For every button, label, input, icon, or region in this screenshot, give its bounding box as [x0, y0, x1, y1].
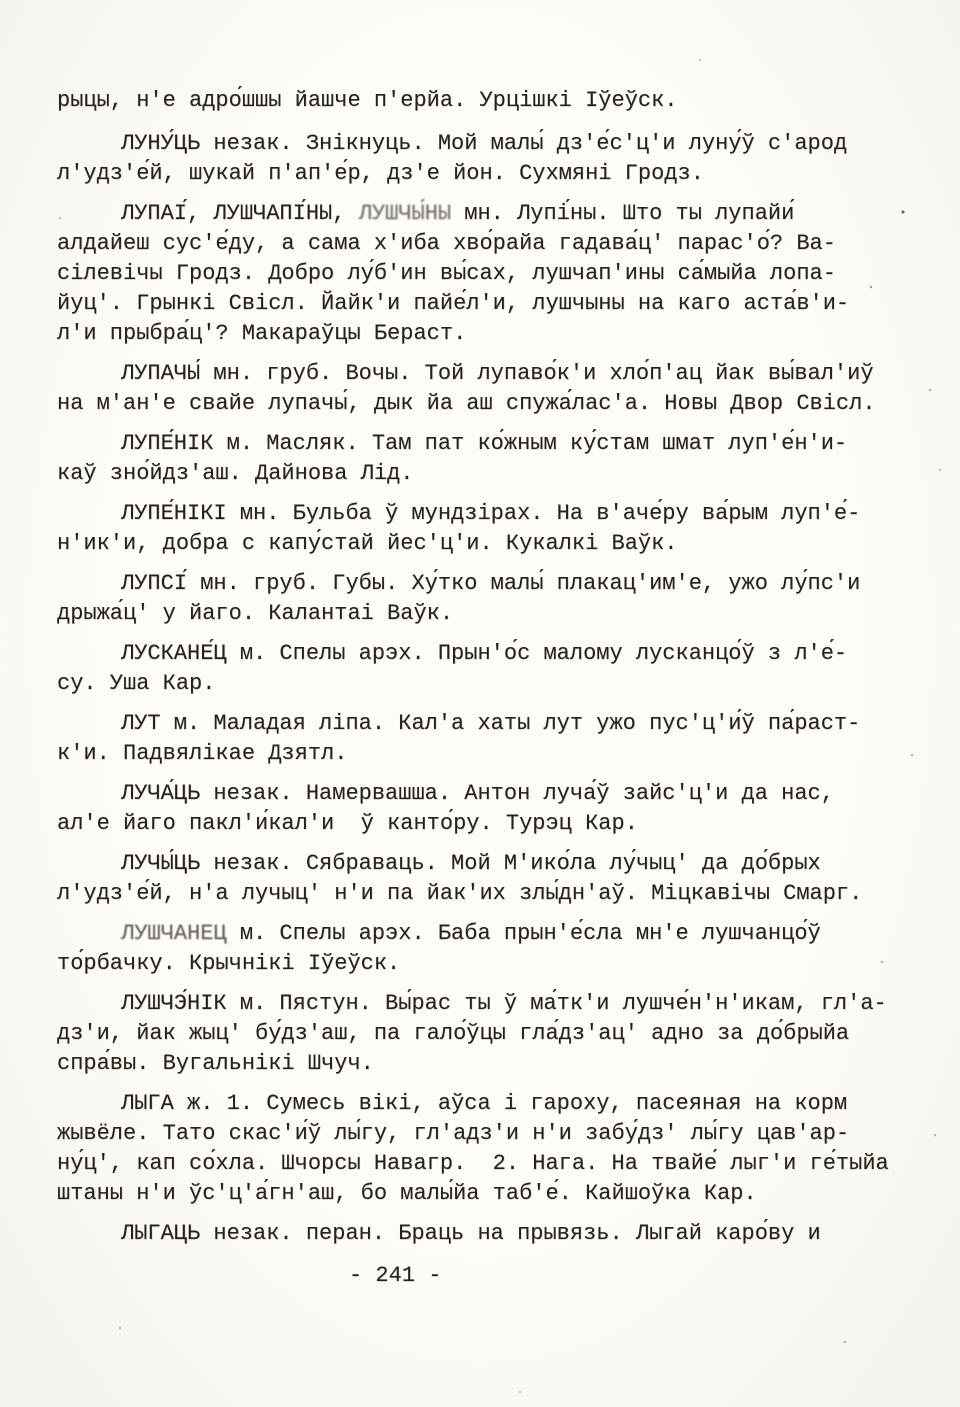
entry-headword: ЛУПАІ́, ЛУШЧАПІ́НЫ, [121, 201, 359, 226]
scanned-dictionary-page: рыцы, н'е адро́шшы йашче п'ерйа. Урцішкі… [0, 0, 960, 1407]
entry-headword-smudged: ЛУШЧЫ́НЫ [359, 201, 451, 226]
entry-lupienik: ЛУПЕ́НІК м. Масляк. Там пат ко́жным ку́с… [57, 429, 920, 489]
entry-headword: ЛЫГА [121, 1091, 174, 1116]
entry-luskanets: ЛУСКАНЕ́Ц м. Спелы арэх. Прын'о́с малому… [57, 639, 920, 699]
entry-lunuts: ЛУНУ́ЦЬ незак. Знікнуць. Мой малы́ дз'е́… [57, 129, 920, 189]
entry-headword: ЛУПЕ́НІКІ [121, 501, 227, 526]
entry-headword: ЛУСКАНЕ́Ц [121, 641, 227, 666]
entry-body: незак. перан. Браць на прывязь. Лыгай ка… [200, 1221, 821, 1246]
entry-headword: ЛУПАЧЫ́ [121, 361, 200, 386]
entry-lushchanets: ЛУШЧАНЕЦ м. Спелы арэх. Баба прын'е́сла … [57, 919, 920, 979]
entry-lupsi: ЛУПСІ́ мн. груб. Губы. Ху́тко малы́ плак… [57, 569, 920, 629]
entry-headword: ЛЫГАЦЬ [121, 1221, 200, 1246]
continuation-paragraph: рыцы, н'е адро́шшы йашче п'ерйа. Урцішкі… [57, 86, 920, 116]
entry-headword: ЛУЧА́ЦЬ [121, 781, 200, 806]
entry-lyhats: ЛЫГАЦЬ незак. перан. Браць на прывязь. Л… [57, 1219, 920, 1249]
entry-lyha: ЛЫГА ж. 1. Сумесь вікі, аўса і гароху, п… [57, 1089, 920, 1209]
entry-headword: ЛУШЧАНЕЦ [121, 921, 227, 946]
entry-lupachy: ЛУПАЧЫ́ мн. груб. Вочы. Той лупаво́к'и х… [57, 359, 920, 419]
entry-headword: ЛУШЧЭ́НІК [121, 991, 227, 1016]
entry-headword: ЛУПСІ́ [121, 571, 187, 596]
entry-lupai: ЛУПАІ́, ЛУШЧАПІ́НЫ, ЛУШЧЫ́НЫ мн. Лупі́ны… [57, 199, 920, 349]
entry-lushchenik: ЛУШЧЭ́НІК м. Пястун. Вы́рас ты ў ма́тк'и… [57, 989, 920, 1079]
entry-headword: ЛУНУ́ЦЬ [121, 131, 200, 156]
entry-luchats: ЛУЧА́ЦЬ незак. Намервашша. Антон луча́ў … [57, 779, 920, 839]
entry-lut: ЛУТ м. Маладая ліпа. Кал'а хаты лут ужо … [57, 709, 920, 769]
entry-headword: ЛУПЕ́НІК [121, 431, 213, 456]
entry-body: ж. 1. Сумесь вікі, аўса і гароху, пасеян… [57, 1091, 889, 1206]
entry-lupieniki: ЛУПЕ́НІКІ мн. Бульба ў мундзірах. На в'а… [57, 499, 920, 559]
entry-headword: ЛУЧЫ́ЦЬ [121, 851, 200, 876]
entry-luchyts: ЛУЧЫ́ЦЬ незак. Сябраваць. Мой М'ико́ла л… [57, 849, 920, 909]
page-number: - 241 - [57, 1261, 920, 1291]
entry-headword: ЛУТ [121, 711, 161, 736]
entry-body: м. Маладая ліпа. Кал'а хаты лут ужо пус'… [57, 711, 860, 766]
